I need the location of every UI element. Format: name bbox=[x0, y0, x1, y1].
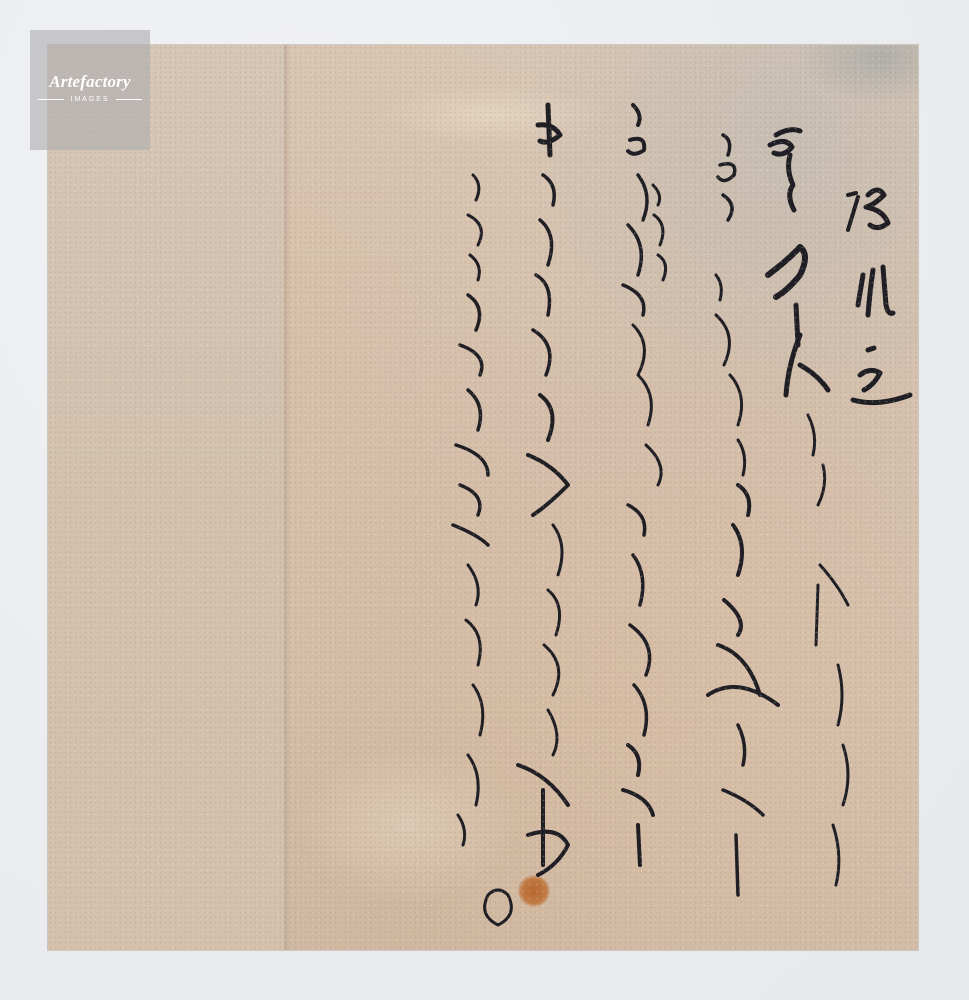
text-column-7 bbox=[453, 175, 488, 845]
watermark-logo: Artefactory IMAGES bbox=[30, 30, 150, 150]
watermark-subtitle: IMAGES bbox=[32, 96, 147, 103]
title-column bbox=[848, 190, 910, 403]
watermark-subtitle-text: IMAGES bbox=[70, 96, 109, 103]
manuscript-sheet bbox=[48, 45, 918, 950]
divider-line bbox=[38, 99, 64, 100]
text-column-2 bbox=[768, 130, 848, 885]
watermark-brand: Artefactory bbox=[49, 72, 131, 92]
text-column-6 bbox=[485, 105, 568, 925]
text-column-5 bbox=[623, 105, 661, 865]
calligraphy-ink bbox=[48, 45, 918, 950]
text-column-4 bbox=[653, 185, 666, 280]
photo-stage: Artefactory IMAGES bbox=[0, 0, 969, 1000]
text-column-3 bbox=[708, 135, 778, 895]
divider-line bbox=[116, 99, 142, 100]
